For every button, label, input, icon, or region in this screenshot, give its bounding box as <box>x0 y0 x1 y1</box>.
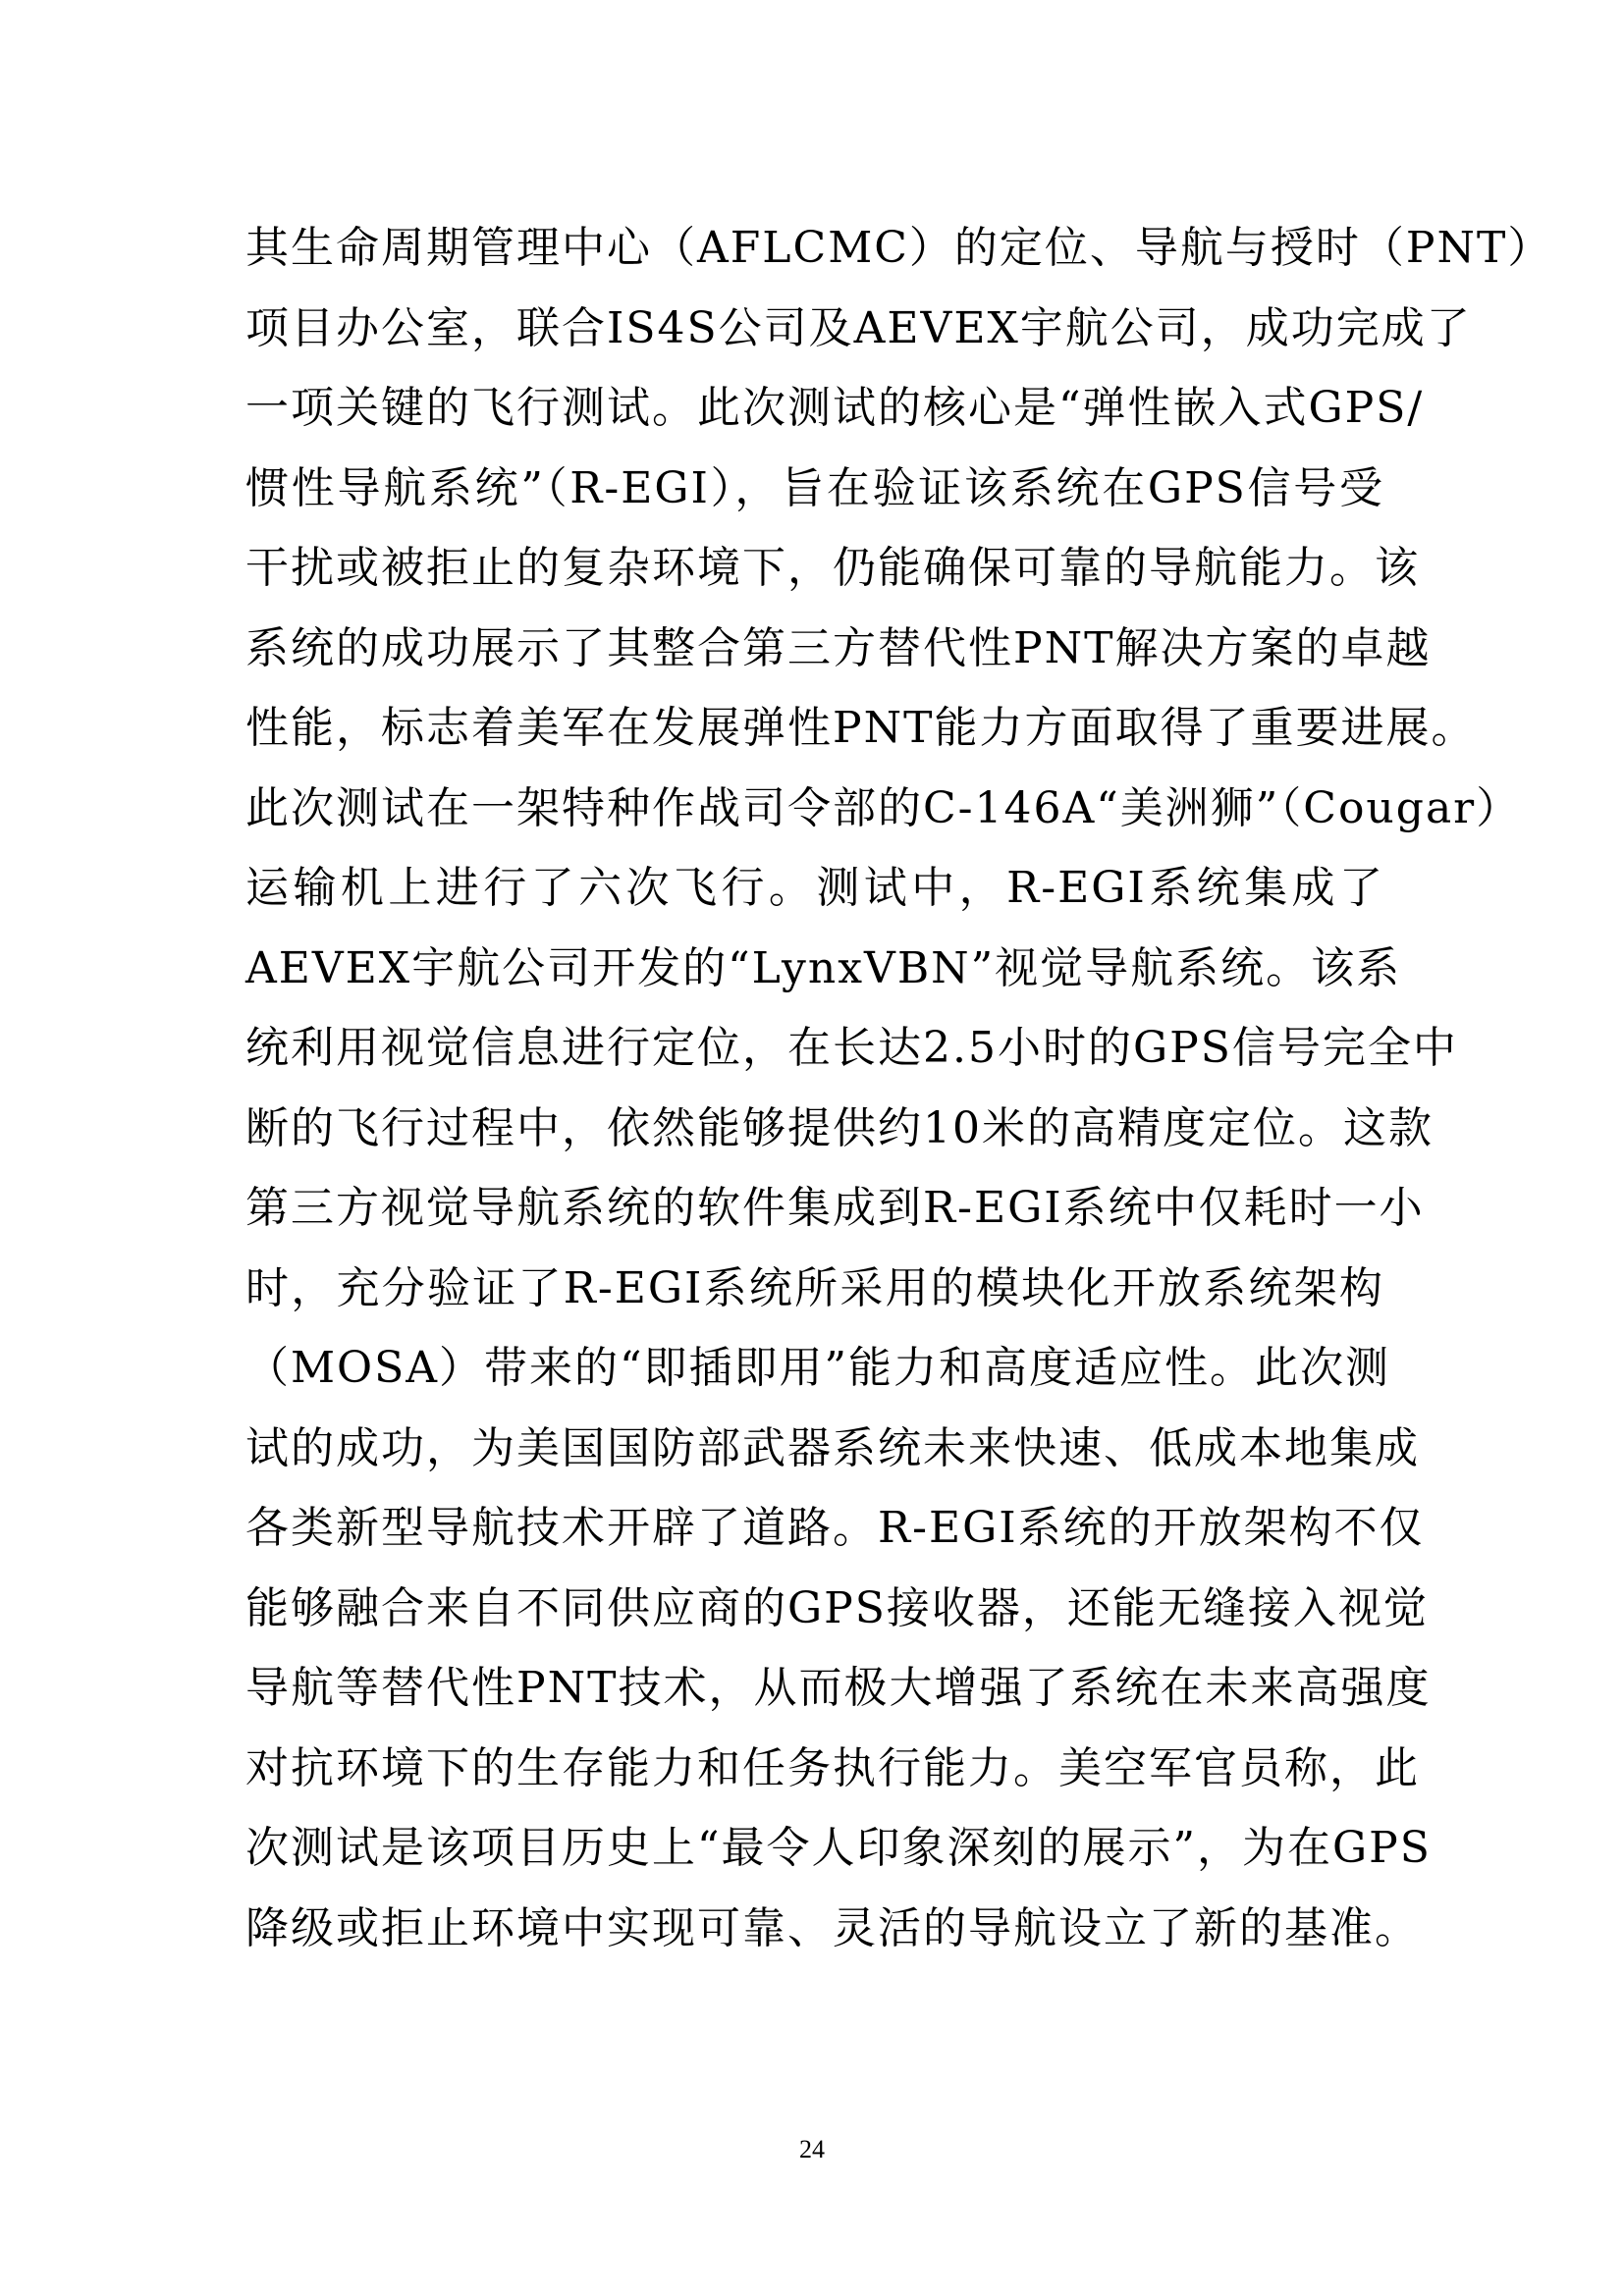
text-line: 统利用视觉信息进行定位，在长达2.5小时的GPS信号完全中 <box>245 1008 1384 1089</box>
text-line: 能够融合来自不同供应商的GPS接收器，还能无缝接入视觉 <box>245 1569 1384 1649</box>
text-line: 惯性导航系统”（R-EGI），旨在验证该系统在GPS信号受 <box>245 449 1384 529</box>
text-line: 其生命周期管理中心（AFLCMC）的定位、导航与授时（PNT） <box>245 208 1384 289</box>
text-line: 断的飞行过程中，依然能够提供约10米的高精度定位。这款 <box>245 1089 1384 1169</box>
text-line: 一项关键的飞行测试。此次测试的核心是“弹性嵌入式GPS/ <box>245 368 1384 449</box>
text-line: AEVEX宇航公司开发的“LynxVBN”视觉导航系统。该系 <box>245 929 1384 1009</box>
text-line: 运输机上进行了六次飞行。测试中，R-EGI系统集成了 <box>245 848 1384 929</box>
text-line: 试的成功，为美国国防部武器系统未来快速、低成本地集成 <box>245 1409 1384 1489</box>
body-paragraph: 其生命周期管理中心（AFLCMC）的定位、导航与授时（PNT） 项目办公室，联合… <box>245 208 1384 1968</box>
text-line: 性能，标志着美军在发展弹性PNT能力方面取得了重要进展。 <box>245 688 1384 769</box>
text-line: 第三方视觉导航系统的软件集成到R-EGI系统中仅耗时一小 <box>245 1168 1384 1249</box>
text-line: 时，充分验证了R-EGI系统所采用的模块化开放系统架构 <box>245 1249 1384 1329</box>
text-line: 导航等替代性PNT技术，从而极大增强了系统在未来高强度 <box>245 1648 1384 1729</box>
text-line: 次测试是该项目历史上“最令人印象深刻的展示”，为在GPS <box>245 1808 1384 1889</box>
text-line: 项目办公室，联合IS4S公司及AEVEX宇航公司，成功完成了 <box>245 289 1384 369</box>
text-line: 降级或拒止环境中实现可靠、灵活的导航设立了新的基准。 <box>245 1889 1384 1969</box>
text-line: 对抗环境下的生存能力和任务执行能力。美空军官员称，此 <box>245 1729 1384 1809</box>
text-line: 干扰或被拒止的复杂环境下，仍能确保可靠的导航能力。该 <box>245 528 1384 609</box>
text-line: 此次测试在一架特种作战司令部的C-146A“美洲狮”（Cougar） <box>245 769 1384 849</box>
text-line: 各类新型导航技术开辟了道路。R-EGI系统的开放架构不仅 <box>245 1488 1384 1569</box>
text-line: （MOSA）带来的“即插即用”能力和高度适应性。此次测 <box>245 1328 1384 1409</box>
page-number: 24 <box>0 2135 1624 2164</box>
document-page: 其生命周期管理中心（AFLCMC）的定位、导航与授时（PNT） 项目办公室，联合… <box>0 0 1624 2296</box>
text-line: 系统的成功展示了其整合第三方替代性PNT解决方案的卓越 <box>245 609 1384 689</box>
